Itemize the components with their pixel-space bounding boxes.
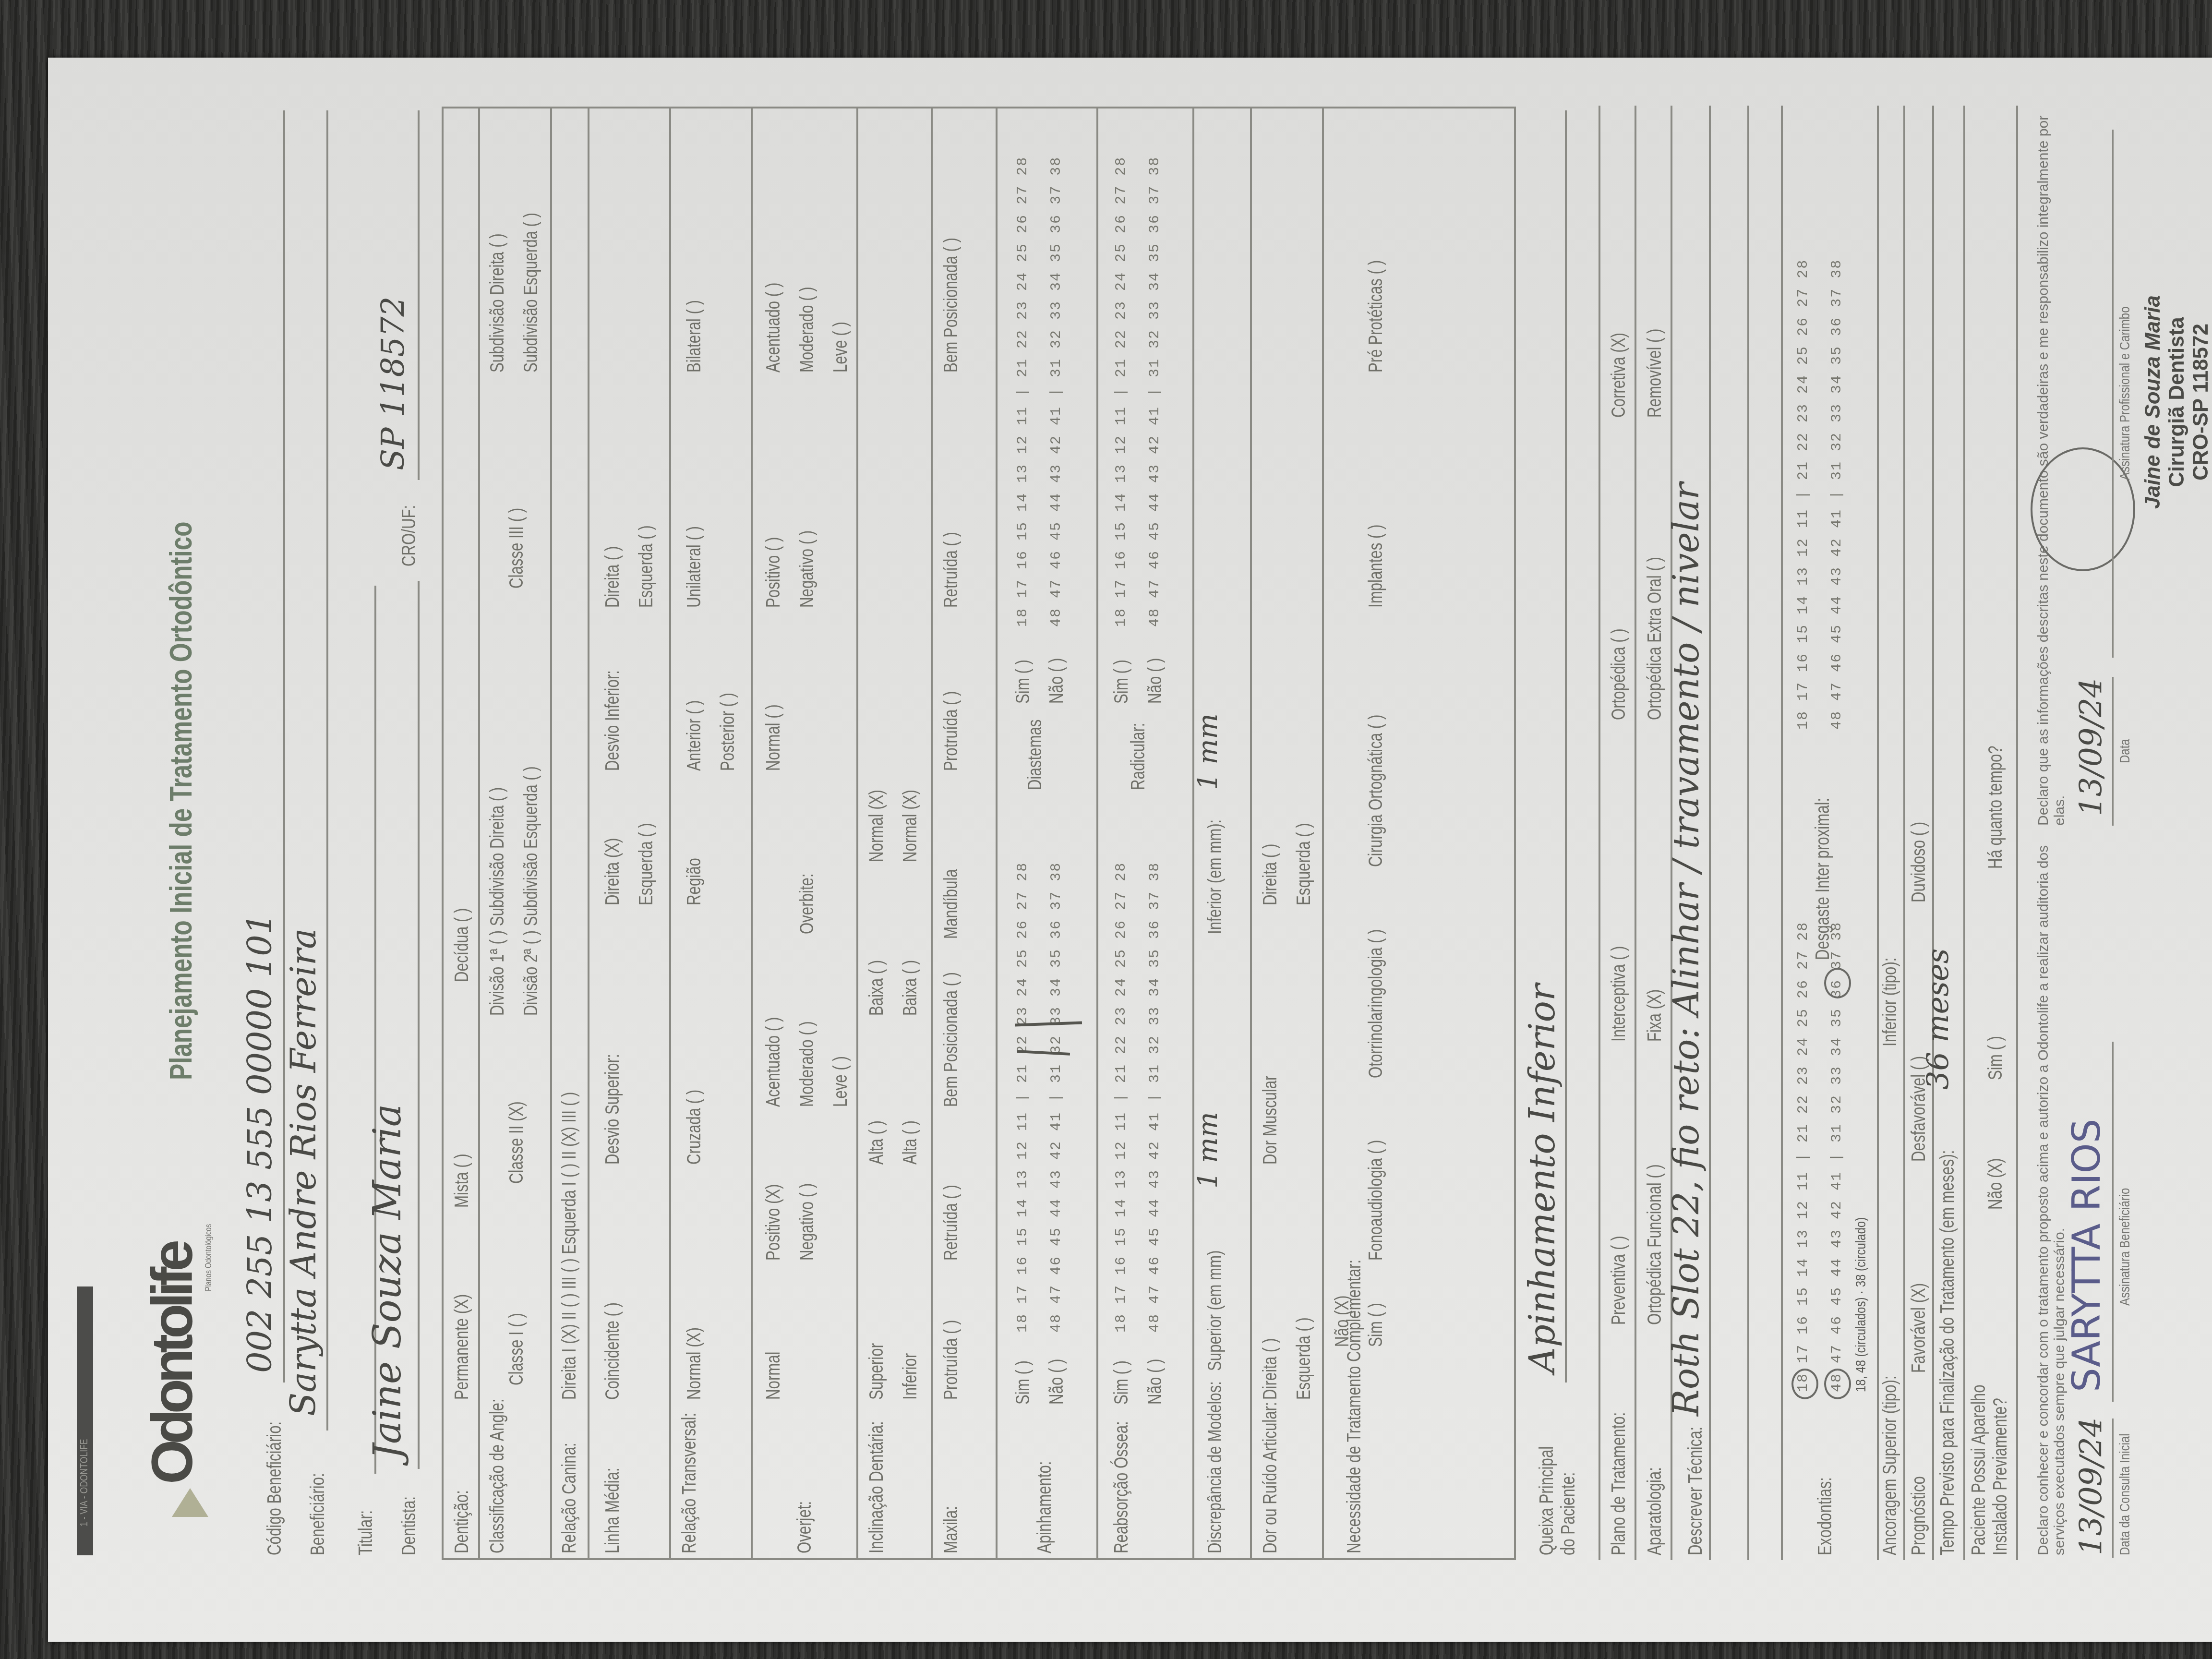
checkbox-fono[interactable]: Fonoaudiologia ( ) (1365, 1140, 1387, 1261)
checkbox-apinhamento-sim[interactable]: Sim ( ) (1012, 1360, 1034, 1405)
dentist-stamp: Jaine de Souza Maria Cirurgiã Dentista C… (2141, 295, 2212, 509)
checkbox-complementar-sim[interactable]: Sim ( ) (1365, 1303, 1387, 1347)
checkbox-inf-direita[interactable]: Direita ( ) (602, 546, 624, 608)
codigo-field[interactable]: 002 255 13 555 00000 101 (240, 914, 279, 1373)
checkbox-overbite-acentuado[interactable]: Acentuado ( ) (763, 283, 784, 373)
checkbox-maxila-retruida[interactable]: Retruída ( ) (940, 1185, 962, 1261)
checkbox-sup-direita[interactable]: Direita (X) (602, 838, 624, 905)
checkbox-sup-alta[interactable]: Alta ( ) (866, 1120, 888, 1165)
checkbox-permanente[interactable]: Permanente (X) (451, 1294, 473, 1400)
beneficiario-field[interactable]: Sarytta Andre Rios Ferreira (283, 928, 324, 1416)
extraction-circle-18 (1791, 1369, 1818, 1399)
checkbox-aparelho-sim[interactable]: Sim ( ) (1985, 1036, 2007, 1080)
checkbox-anterior[interactable]: Anterior ( ) (684, 700, 705, 771)
tempo-field[interactable]: 36 meses (1920, 949, 1955, 1090)
teeth-upper-apinhamento[interactable]: 18 17 16 15 14 13 12 11 | 21 22 23 24 25… (1015, 862, 1031, 1333)
checkbox-divisao1[interactable]: Divisão 1ª ( ) Subdivisão Direita ( ) (487, 787, 508, 1016)
canina-options[interactable]: Direita I (X) II ( ) III ( ) Esquerda I … (559, 1092, 580, 1400)
checkbox-inf-baixa[interactable]: Baixa ( ) (900, 960, 921, 1016)
queixa-field[interactable]: Apinhamento Inferior (1522, 984, 1563, 1373)
checkbox-sup-baixa[interactable]: Baixa ( ) (866, 960, 888, 1016)
checkbox-mand-protruida[interactable]: Protruída ( ) (940, 691, 962, 771)
checkbox-muscular-direita[interactable]: Direita ( ) (1260, 844, 1281, 905)
checkbox-sub-esquerda[interactable]: Subdivisão Esquerda ( ) (520, 213, 542, 373)
checkbox-apinhamento-nao[interactable]: Não ( ) (1046, 1359, 1068, 1405)
checkbox-duvidoso[interactable]: Duvidoso ( ) (1908, 822, 1930, 902)
checkbox-inf-alta[interactable]: Alta ( ) (900, 1120, 921, 1165)
checkbox-classe3[interactable]: Classe III ( ) (506, 508, 528, 589)
teeth-lower-apinhamento[interactable]: 48 47 46 45 44 43 42 41 | 31 32 33 34 35… (1048, 862, 1065, 1333)
data-consulta-field[interactable]: 13/09/24 (2074, 1418, 2109, 1555)
exam-table: Dentição: Permanente (X) Mista ( ) Decíd… (442, 107, 1516, 1560)
checkbox-overjet-leve[interactable]: Leve ( ) (830, 1056, 852, 1107)
checkbox-classe1[interactable]: Classe I ( ) (506, 1313, 528, 1385)
data-field[interactable]: 13/09/24 (2074, 678, 2109, 816)
checkbox-reabsorcao-nao[interactable]: Não ( ) (1144, 1359, 1166, 1405)
checkbox-inf-normal[interactable]: Normal (X) (900, 790, 921, 862)
checkbox-implantes[interactable]: Implantes ( ) (1365, 525, 1387, 608)
discrepancia-superior-field[interactable]: 1 mm (1192, 1112, 1224, 1189)
checkbox-cirurgia[interactable]: Cirurgia Ortognática ( ) (1365, 715, 1387, 867)
checkbox-decidua[interactable]: Decídua ( ) (451, 908, 473, 982)
checkbox-ortopedica[interactable]: Ortopédica ( ) (1608, 628, 1630, 720)
checkbox-overbite-negativo[interactable]: Negativo ( ) (796, 530, 818, 608)
checkbox-corretiva[interactable]: Corretiva (X) (1608, 333, 1630, 418)
checkbox-ort-funcional[interactable]: Ortopédica Funcional ( ) (1644, 1164, 1666, 1325)
checkbox-reabsorcao-sim[interactable]: Sim ( ) (1111, 1360, 1132, 1405)
discrepancia-inferior-field[interactable]: 1 mm (1192, 713, 1224, 790)
checkbox-dor-esquerda[interactable]: Esquerda ( ) (1293, 1317, 1315, 1400)
extraction-circle-48 (1824, 1369, 1851, 1399)
teeth-lower-reabsorcao[interactable]: 48 47 46 45 44 43 42 41 | 31 32 33 34 35… (1147, 862, 1163, 1333)
teeth-upper-exodontias[interactable]: 18 17 16 15 14 13 12 11 | 21 22 23 24 25… (1795, 922, 1812, 1392)
checkbox-cruzada[interactable]: Cruzada ( ) (684, 1090, 705, 1165)
checkbox-overjet-acentuado[interactable]: Acentuado ( ) (763, 1017, 784, 1107)
checkbox-overbite-leve[interactable]: Leve ( ) (830, 322, 852, 373)
checkbox-radicular-sim[interactable]: Sim ( ) (1111, 660, 1132, 704)
checkbox-aparelho-nao[interactable]: Não (X) (1985, 1158, 2007, 1210)
checkbox-overjet-moderado[interactable]: Moderado ( ) (796, 1021, 818, 1107)
teeth-upper-desgaste[interactable]: 18 17 16 15 14 13 12 11 | 21 22 23 24 25… (1795, 259, 1812, 730)
checkbox-diastemas-nao[interactable]: Não ( ) (1046, 658, 1068, 704)
checkbox-normal[interactable]: Normal (X) (684, 1327, 705, 1400)
teeth-upper-diastemas[interactable]: 18 17 16 15 14 13 12 11 | 21 22 23 24 25… (1015, 156, 1031, 627)
assinatura-beneficiario[interactable]: SARYTTA RIOS (2064, 1118, 2109, 1392)
checkbox-mand-retruida[interactable]: Retruída ( ) (940, 532, 962, 608)
checkbox-otorrino[interactable]: Otorrinolaringologia ( ) (1365, 929, 1387, 1078)
checkbox-complementar-nao[interactable]: Não (X) (1332, 1296, 1353, 1347)
tecnica-field[interactable]: Roth Slot 22, fio reto: Alinhar / travam… (1666, 482, 1707, 1416)
checkbox-coincidente[interactable]: Coincidente ( ) (602, 1302, 624, 1400)
checkbox-sup-normal[interactable]: Normal (X) (866, 790, 888, 862)
teeth-upper-reabsorcao[interactable]: 18 17 16 15 14 13 12 11 | 21 22 23 24 25… (1113, 862, 1130, 1333)
checkbox-maxila-bem[interactable]: Bem Posicionada ( ) (940, 972, 962, 1107)
checkbox-overbite-positivo[interactable]: Positivo ( ) (763, 537, 784, 608)
checkbox-inf-esquerda[interactable]: Esquerda ( ) (636, 525, 657, 608)
checkbox-overjet-negativo[interactable]: Negativo ( ) (796, 1183, 818, 1261)
form-title: Planejamento Inicial de Tratamento Ortod… (163, 521, 199, 1080)
checkbox-mand-bem[interactable]: Bem Posicionada ( ) (940, 238, 962, 373)
orthodontic-form-paper: 1 - VIA - ODONTOLIFE Odontolife Planos O… (48, 58, 2212, 1642)
teeth-upper-radicular[interactable]: 18 17 16 15 14 13 12 11 | 21 22 23 24 25… (1113, 156, 1130, 627)
checkbox-interceptiva[interactable]: Interceptiva ( ) (1608, 946, 1630, 1042)
checkbox-divisao2[interactable]: Divisão 2ª ( ) Subdivisão Esquerda ( ) (520, 766, 542, 1016)
checkbox-mista[interactable]: Mista ( ) (451, 1154, 473, 1208)
checkbox-posterior[interactable]: Posterior ( ) (717, 693, 739, 771)
checkbox-muscular-esquerda[interactable]: Esquerda ( ) (1293, 823, 1315, 905)
checkbox-favoravel[interactable]: Favorável (X) (1908, 1283, 1930, 1373)
checkbox-overjet-positivo[interactable]: Positivo (X) (763, 1184, 784, 1261)
dark-bar: 1 - VIA - ODONTOLIFE (77, 1286, 93, 1555)
checkbox-pre-proteticas[interactable]: Pré Protéticas ( ) (1365, 260, 1387, 373)
checkbox-removivel[interactable]: Removível ( ) (1644, 329, 1666, 418)
checkbox-diastemas-sim[interactable]: Sim ( ) (1012, 660, 1034, 704)
checkbox-sub-direita[interactable]: Subdivisão Direita ( ) (487, 233, 508, 373)
cro-field[interactable]: SP 118572 (374, 296, 411, 470)
checkbox-unilateral[interactable]: Unilateral ( ) (684, 526, 705, 608)
checkbox-sup-esquerda[interactable]: Esquerda ( ) (636, 823, 657, 905)
checkbox-bilateral[interactable]: Bilateral ( ) (684, 300, 705, 373)
checkbox-radicular-nao[interactable]: Não ( ) (1144, 658, 1166, 704)
logo-triangle-icon (172, 1488, 208, 1517)
teeth-lower-diastemas[interactable]: 48 47 46 45 44 43 42 41 | 31 32 33 34 35… (1048, 156, 1065, 627)
odontolife-logo: Odontolife Planos Odontológicos (139, 1207, 214, 1517)
checkbox-classe2[interactable]: Classe II (X) (506, 1101, 528, 1184)
teeth-lower-radicular[interactable]: 48 47 46 45 44 43 42 41 | 31 32 33 34 35… (1147, 156, 1163, 627)
checkbox-fixa[interactable]: Fixa (X) (1644, 989, 1666, 1042)
checkbox-dor-direita[interactable]: Direita ( ) (1260, 1338, 1281, 1400)
checkbox-ort-extra-oral[interactable]: Ortopédica Extra Oral ( ) (1644, 557, 1666, 720)
checkbox-preventiva[interactable]: Preventiva ( ) (1608, 1236, 1630, 1325)
teeth-lower-desgaste[interactable]: 48 47 46 45 44 43 42 41 | 31 32 33 34 35… (1829, 259, 1845, 730)
extraction-circle-38 (1824, 968, 1851, 998)
dentista-field[interactable]: Jaine Souza Maria (365, 1104, 409, 1459)
checkbox-maxila-protruida[interactable]: Protruída ( ) (940, 1320, 962, 1400)
checkbox-overbite-normal[interactable]: Normal ( ) (763, 704, 784, 771)
checkbox-overbite-moderado[interactable]: Moderado ( ) (796, 287, 818, 373)
